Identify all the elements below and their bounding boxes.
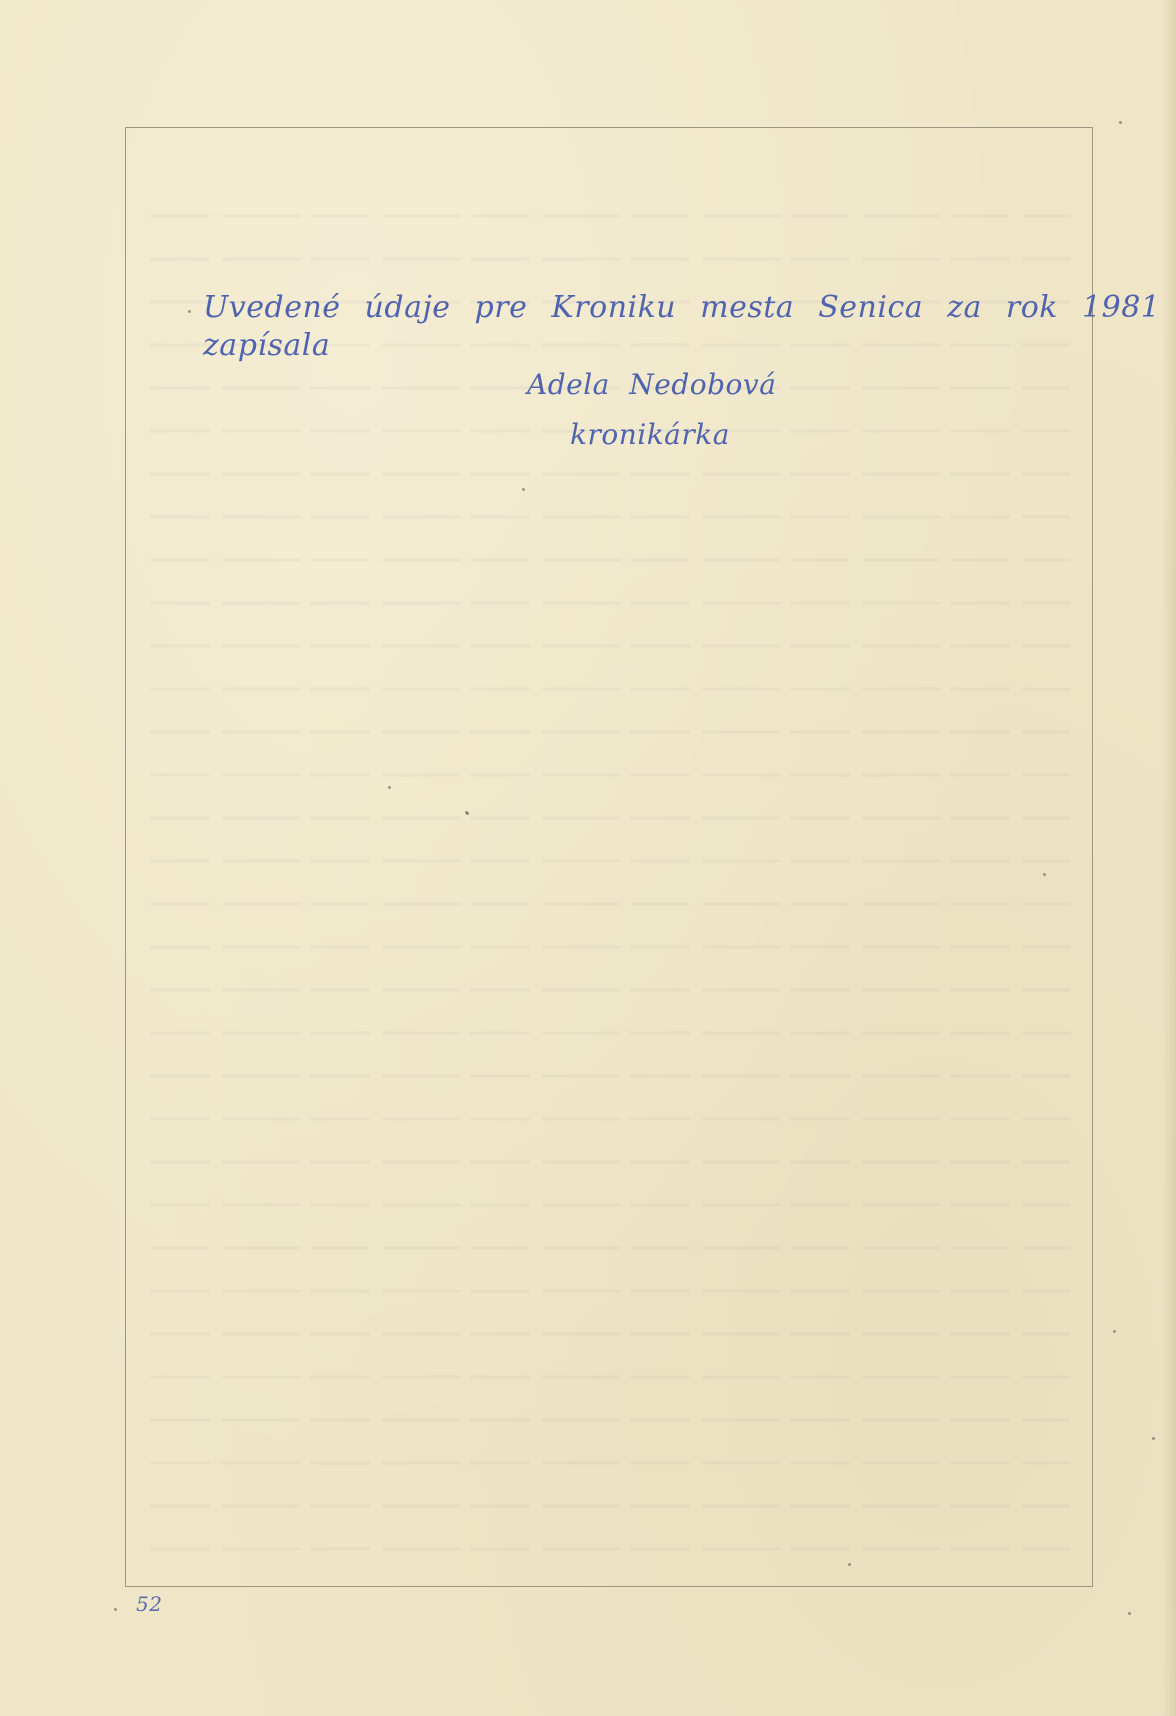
scan-speck (1043, 873, 1046, 876)
scan-speck (1113, 1330, 1116, 1333)
page-edge-shadow (1162, 0, 1176, 1716)
statement-line-1: Uvedené údaje pre Kroniku mesta Senica z… (203, 290, 1160, 325)
scan-speck (848, 1563, 851, 1566)
scan-speck (114, 1608, 117, 1611)
scan-speck (1119, 121, 1122, 124)
scan-speck (465, 811, 468, 814)
scan-speck (1152, 1437, 1155, 1440)
scan-speck (522, 488, 525, 491)
scan-speck (188, 310, 191, 313)
scan-speck (388, 786, 391, 789)
statement-line-2: zapísala (203, 328, 330, 363)
scan-speck (1128, 1612, 1131, 1615)
signature-name: Adela Nedobová (527, 368, 776, 401)
signature-title: kronikárka (570, 418, 730, 451)
page-number: 52 (136, 1592, 162, 1616)
